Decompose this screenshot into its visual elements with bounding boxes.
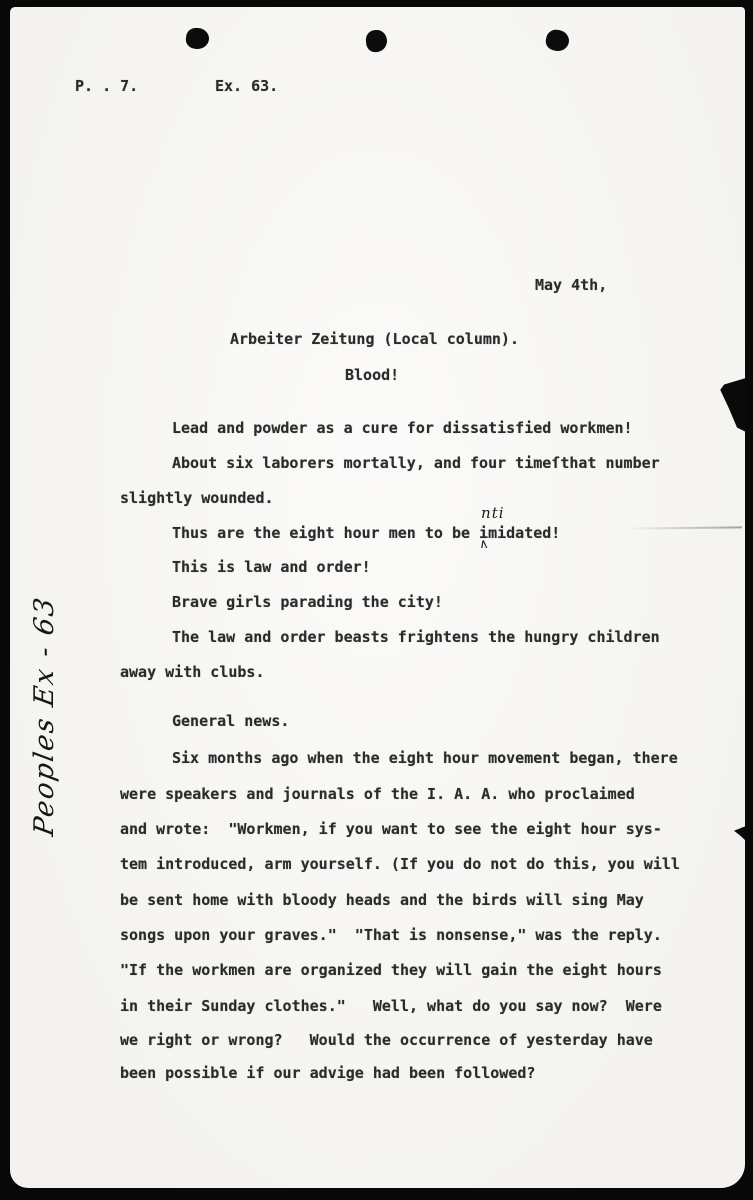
typed-line: be sent home with bloody heads and the b… xyxy=(120,891,644,909)
typed-line: Lead and powder as a cure for dissatisfi… xyxy=(172,419,633,437)
corrected-word: nti∧imidated! xyxy=(479,524,560,542)
typed-line: away with clubs. xyxy=(120,663,265,681)
typed-line: in their Sunday clothes." Well, what do … xyxy=(120,997,662,1015)
article-headline: Blood! xyxy=(345,366,399,384)
typed-line: and wrote: "Workmen, if you want to see … xyxy=(120,820,662,838)
exhibit-number-label: Ex. 63. xyxy=(215,77,278,95)
typed-line: General news. xyxy=(172,712,289,730)
insertion-caret-icon: ∧ xyxy=(478,537,490,552)
typed-line: were speakers and journals of the I. A. … xyxy=(120,785,635,803)
typed-text: imidated! xyxy=(479,524,560,542)
typed-line: been possible if our advige had been fol… xyxy=(120,1064,535,1082)
scanned-document-page: P. . 7. Ex. 63. May 4th, Arbeiter Zeitun… xyxy=(0,0,753,1200)
typed-text: Thus are the eight hour men to be xyxy=(172,524,479,542)
typed-line: tem introduced, arm yourself. (If you do… xyxy=(120,855,680,873)
article-title: Arbeiter Zeitung (Local column). xyxy=(230,330,519,348)
typed-line: Six months ago when the eight hour movem… xyxy=(172,749,678,767)
typed-line-with-correction: Thus are the eight hour men to be nti∧im… xyxy=(172,524,560,542)
page-number-label: P. . 7. xyxy=(75,77,138,95)
typed-line: songs upon your graves." "That is nonsen… xyxy=(120,926,662,944)
typed-line: we right or wrong? Would the occurrence … xyxy=(120,1031,653,1049)
typed-line: This is law and order! xyxy=(172,558,371,576)
margin-exhibit-annotation: Peoples Ex - 63 xyxy=(29,591,71,842)
typed-line: The law and order beasts frightens the h… xyxy=(172,628,660,646)
typed-line: About six laborers mortally, and four ti… xyxy=(172,454,660,472)
typed-line: "If the workmen are organized they will … xyxy=(120,961,662,979)
typed-line: Brave girls parading the city! xyxy=(172,593,443,611)
dateline: May 4th, xyxy=(535,276,607,294)
handwritten-insertion: nti xyxy=(481,504,505,522)
typed-line: slightly wounded. xyxy=(120,489,274,507)
